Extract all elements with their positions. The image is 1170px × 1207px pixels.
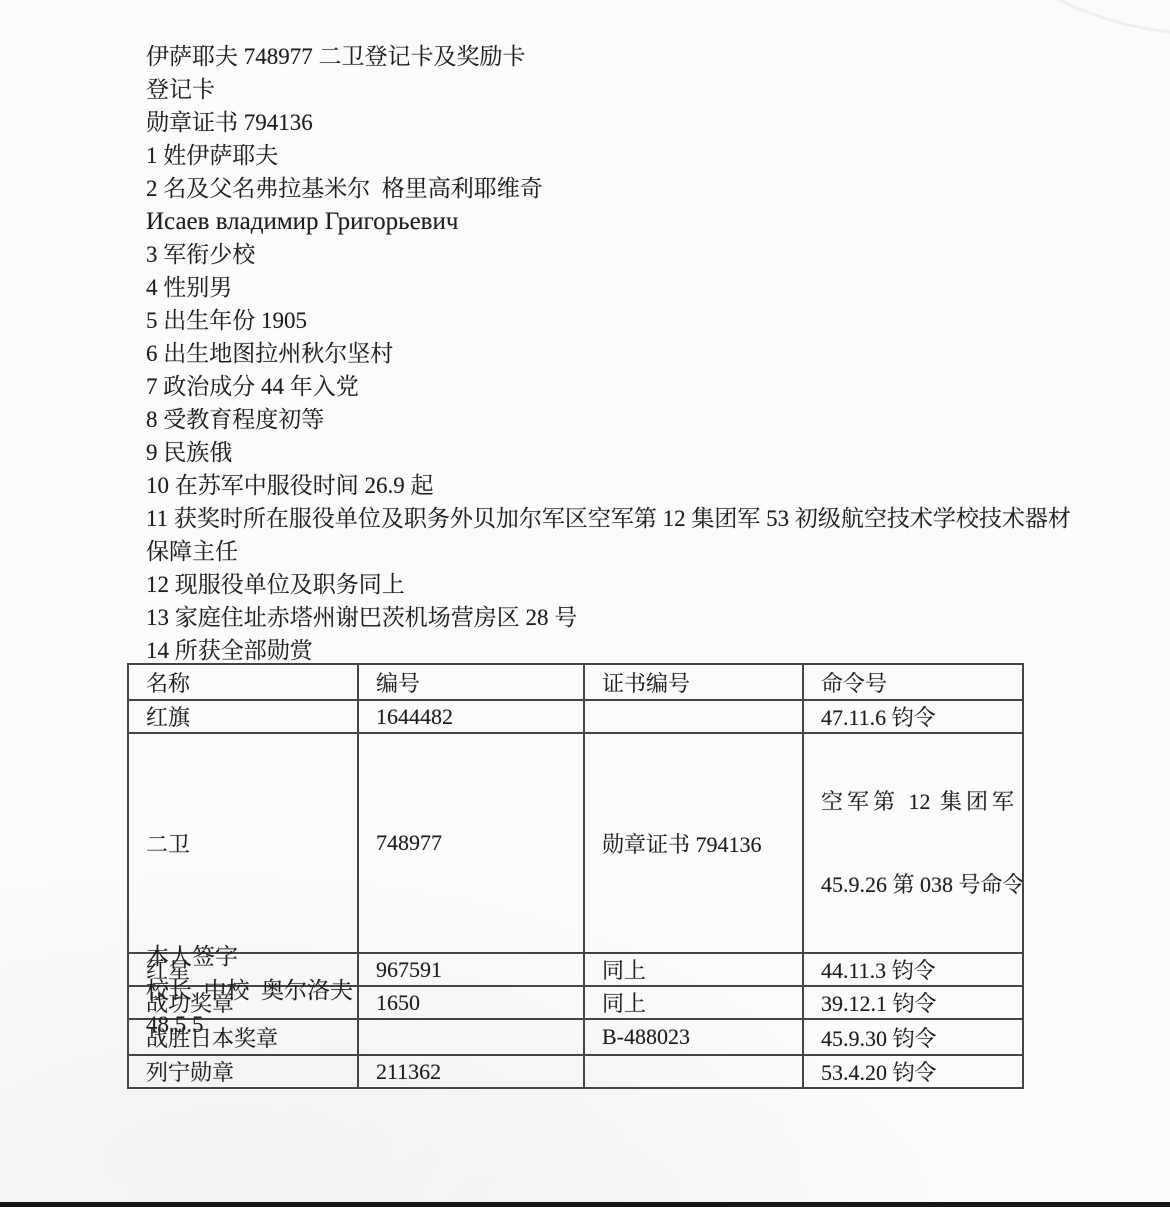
doc-line-political-status: 7 政治成分 44 年入党: [146, 370, 1106, 403]
table-cell: 47.11.6 钧令: [803, 700, 1023, 733]
doc-line-certificate-number: 勋章证书 794136: [146, 106, 1106, 139]
table-cell: 748977: [358, 733, 584, 953]
table-cell: 211362: [358, 1055, 584, 1088]
doc-line-service-time: 10 在苏军中服役时间 26.9 起: [146, 469, 1106, 502]
table-cell: [358, 1019, 584, 1055]
table-cell: 967591: [358, 953, 584, 986]
doc-line-rank: 3 军衔少校: [146, 238, 1106, 271]
doc-line-unit-at-award: 11 获奖时所在服役单位及职务外贝加尔军区空军第 12 集团军 53 初级航空技…: [146, 502, 1106, 535]
document-body-text: 伊萨耶夫 748977 二卫登记卡及奖励卡 登记卡 勋章证书 794136 1 …: [146, 40, 1106, 667]
table-cell: 44.11.3 钧令: [803, 953, 1023, 986]
table-row-patriotic-war-2nd: 二卫 748977 勋章证书 794136 空军第 12 集团军 45.9.26…: [128, 733, 1023, 953]
table-cell: 45.9.30 钧令: [803, 1019, 1023, 1055]
table-cell: 1650: [358, 986, 584, 1019]
table-row-red-banner: 红旗 1644482 47.11.6 钧令: [128, 700, 1023, 733]
doc-line-birth-year: 5 出生年份 1905: [146, 304, 1106, 337]
table-cell: 列宁勋章: [128, 1055, 358, 1088]
doc-line-birth-place: 6 出生地图拉州秋尔坚村: [146, 337, 1106, 370]
table-cell: [584, 700, 803, 733]
signature-line: 本人签字: [146, 940, 353, 974]
column-header-number: 编号: [358, 664, 584, 700]
table-cell: 39.12.1 钧令: [803, 986, 1023, 1019]
table-cell: 二卫: [128, 733, 358, 953]
screen-bottom-bar: [0, 1202, 1170, 1207]
doc-line-sex: 4 性别男: [146, 271, 1106, 304]
corner-curve-decoration: [876, 0, 1170, 35]
table-cell: 同上: [584, 986, 803, 1019]
table-row-lenin-order: 列宁勋章 211362 53.4.20 钧令: [128, 1055, 1023, 1088]
table-cell: 空军第 12 集团军 45.9.26 第 038 号命令: [803, 733, 1023, 953]
order-line-2: 45.9.26 第 038 号命令: [821, 869, 1014, 900]
column-header-order-number: 命令号: [803, 664, 1023, 700]
column-header-certificate-number: 证书编号: [584, 664, 803, 700]
doc-line-education: 8 受教育程度初等: [146, 403, 1106, 436]
awards-table-header-row: 名称 编号 证书编号 命令号: [128, 664, 1023, 700]
doc-line-current-unit: 12 现服役单位及职务同上: [146, 568, 1106, 601]
table-cell: [584, 1055, 803, 1088]
doc-line-home-address: 13 家庭住址赤塔州谢巴茨机场营房区 28 号: [146, 601, 1106, 634]
principal-line: 校长 中校 奥尔洛夫: [146, 974, 353, 1008]
table-cell: B-488023: [584, 1019, 803, 1055]
column-header-name: 名称: [128, 664, 358, 700]
table-cell: 红旗: [128, 700, 358, 733]
signature-block: 本人签字 校长 中校 奥尔洛夫 48.5.5: [146, 940, 353, 1042]
doc-line-card-type: 登记卡: [146, 73, 1106, 106]
doc-line-unit-at-award-wrap: 保障主任: [146, 535, 1106, 568]
doc-title-line: 伊萨耶夫 748977 二卫登记卡及奖励卡: [146, 40, 1106, 73]
date-line: 48.5.5: [146, 1008, 353, 1042]
table-cell: 勋章证书 794136: [584, 733, 803, 953]
table-cell: 同上: [584, 953, 803, 986]
table-cell: 1644482: [358, 700, 584, 733]
doc-line-name-russian: Исаев владимир Григорьевич: [146, 205, 1106, 238]
doc-line-surname: 1 姓伊萨耶夫: [146, 139, 1106, 172]
scanned-document-page: 伊萨耶夫 748977 二卫登记卡及奖励卡 登记卡 勋章证书 794136 1 …: [0, 0, 1170, 1207]
table-cell: 53.4.20 钧令: [803, 1055, 1023, 1088]
doc-line-given-name: 2 名及父名弗拉基米尔 格里高利耶维奇: [146, 172, 1106, 205]
doc-line-nationality: 9 民族俄: [146, 436, 1106, 469]
order-line-1: 空军第 12 集团军: [821, 786, 1014, 817]
